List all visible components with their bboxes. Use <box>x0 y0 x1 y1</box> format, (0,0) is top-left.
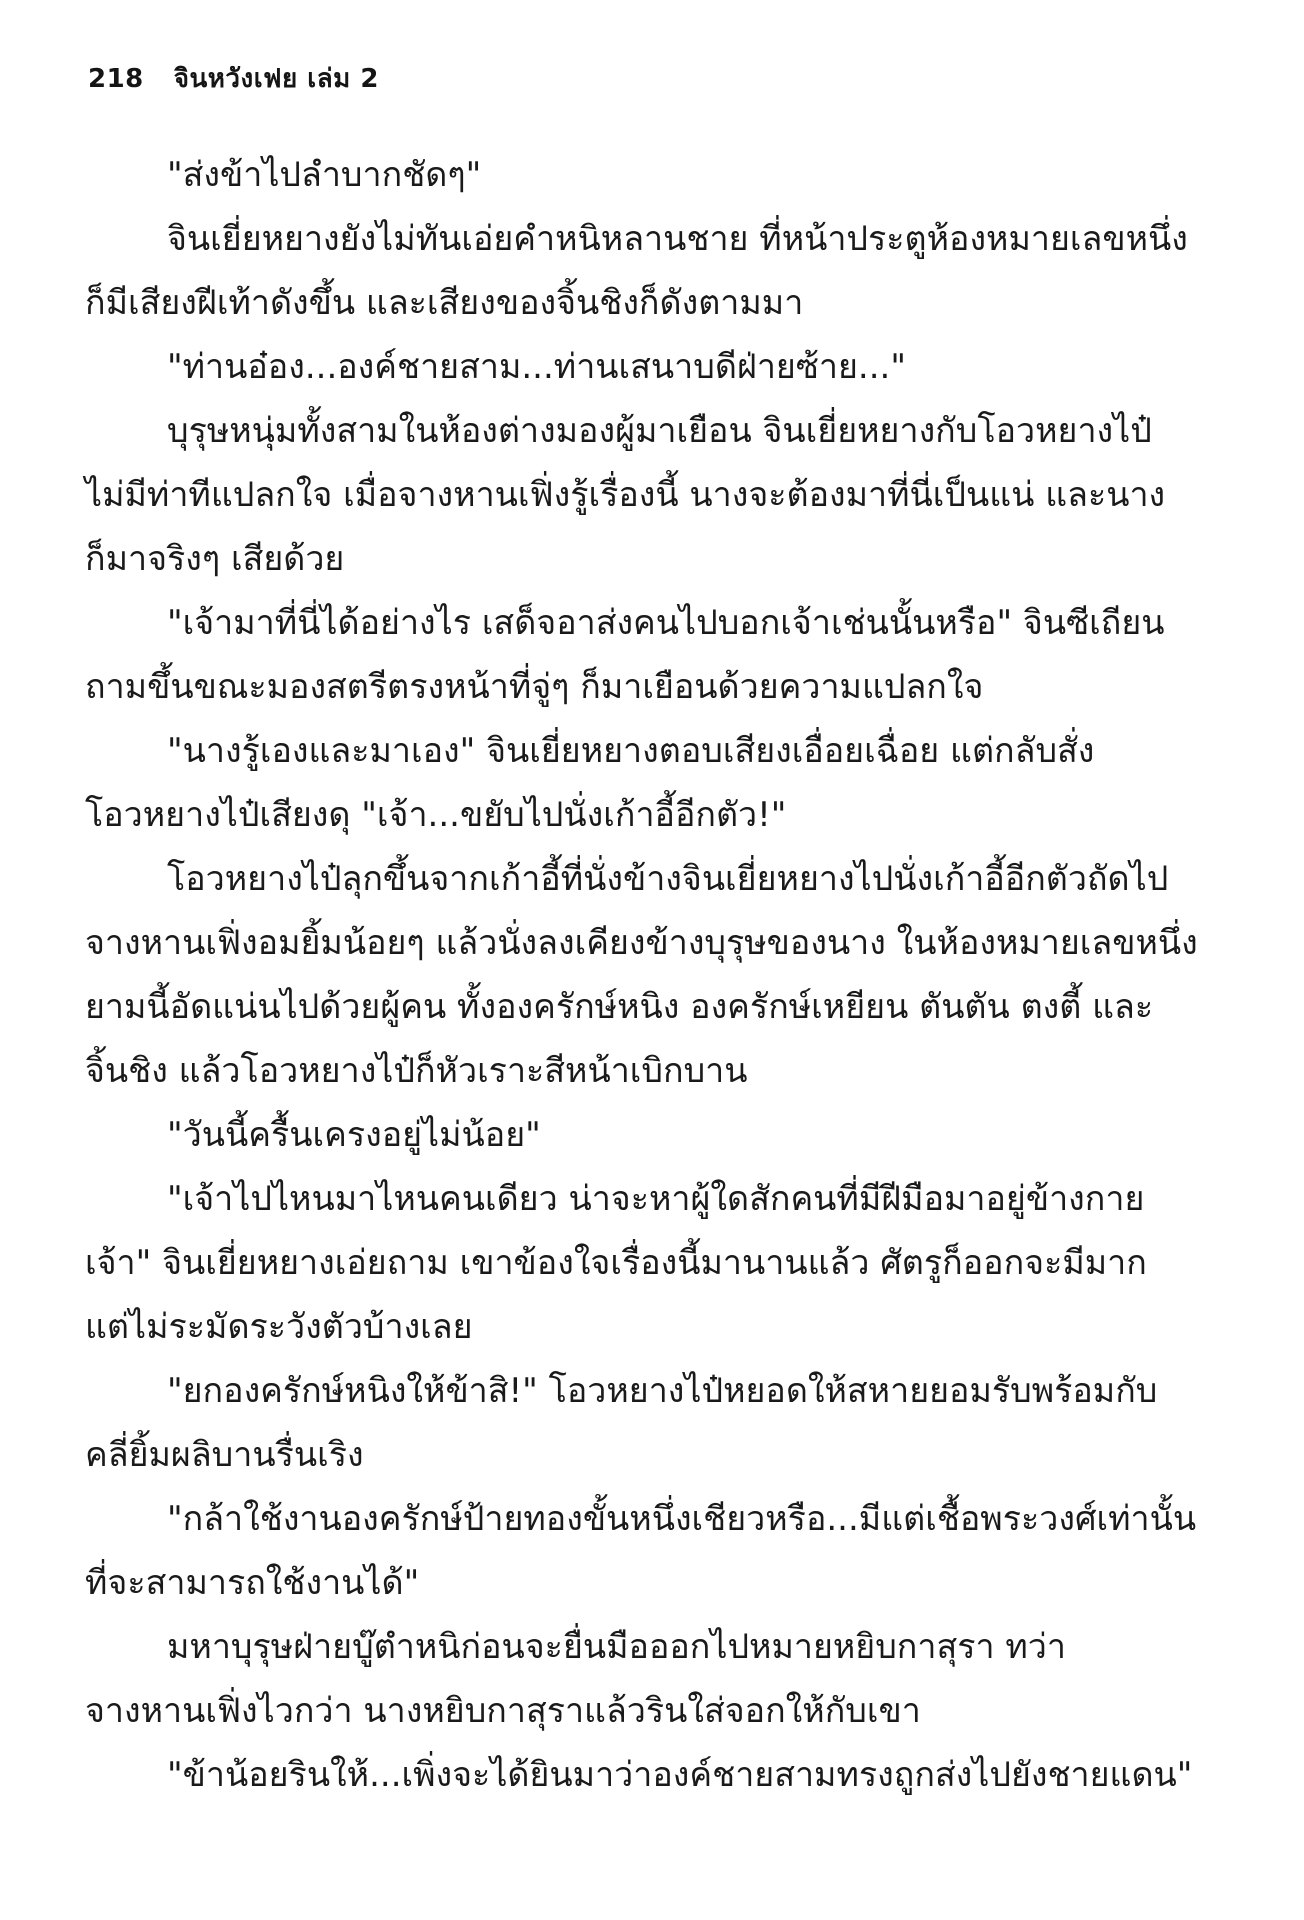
book-page: 218จินหวังเฟย เล่ม 2 "ส่งข้าไปลำบากชัดๆ"… <box>0 0 1304 1920</box>
page-number: 218 <box>88 64 144 94</box>
text-line: ถามขึ้นขณะมองสตรีตรงหน้าที่จู่ๆ ก็มาเยือ… <box>85 655 1237 719</box>
text-line: เจ้า" จินเยี่ยหยางเอ่ยถาม เขาข้องใจเรื่อ… <box>85 1231 1237 1295</box>
text-line: ก็มาจริงๆ เสียด้วย <box>85 527 1237 591</box>
text-line: "ท่านอ๋อง...องค์ชายสาม...ท่านเสนาบดีฝ่าย… <box>85 335 1237 399</box>
text-line: ที่จะสามารถใช้งานได้" <box>85 1551 1237 1615</box>
text-line: มหาบุรุษฝ่ายบู๊ตำหนิก่อนจะยื่นมือออกไปหม… <box>85 1615 1237 1679</box>
text-line: "วันนี้ครื้นเครงอยู่ไม่น้อย" <box>85 1103 1237 1167</box>
text-line: จิ้นชิง แล้วโอวหยางไป๋ก็หัวเราะสีหน้าเบิ… <box>85 1039 1237 1103</box>
text-line: บุรุษหนุ่มทั้งสามในห้องต่างมองผู้มาเยือน… <box>85 399 1237 463</box>
text-line: "เจ้าไปไหนมาไหนคนเดียว น่าจะหาผู้ใดสักคน… <box>85 1167 1237 1231</box>
text-line: คลี่ยิ้มผลิบานรื่นเริง <box>85 1423 1237 1487</box>
text-line: จินเยี่ยหยางยังไม่ทันเอ่ยคำหนิหลานชาย ที… <box>85 207 1237 271</box>
body-text: "ส่งข้าไปลำบากชัดๆ" จินเยี่ยหยางยังไม่ทั… <box>85 143 1237 1807</box>
text-line: ก็มีเสียงฝีเท้าดังขึ้น และเสียงของจิ้นชิ… <box>85 271 1237 335</box>
text-line: "เจ้ามาที่นี่ได้อย่างไร เสด็จอาส่งคนไปบอ… <box>85 591 1237 655</box>
text-line: โอวหยางไป๋ลุกขึ้นจากเก้าอี้ที่นั่งข้างจิ… <box>85 847 1237 911</box>
text-line: "ส่งข้าไปลำบากชัดๆ" <box>85 143 1237 207</box>
text-line: แต่ไม่ระมัดระวังตัวบ้างเลย <box>85 1295 1237 1359</box>
text-line: ไม่มีท่าทีแปลกใจ เมื่อจางหานเฟิ่งรู้เรื่… <box>85 463 1237 527</box>
text-line: ยามนี้อัดแน่นไปด้วยผู้คน ทั้งองครักษ์หนิ… <box>85 975 1237 1039</box>
book-title: จินหวังเฟย เล่ม 2 <box>174 64 379 94</box>
text-line: จางหานเฟิ่งไวกว่า นางหยิบกาสุราแล้วรินใส… <box>85 1679 1237 1743</box>
text-line: "ข้าน้อยรินให้...เพิ่งจะได้ยินมาว่าองค์ช… <box>85 1743 1237 1807</box>
text-line: จางหานเฟิ่งอมยิ้มน้อยๆ แล้วนั่งลงเคียงข้… <box>85 911 1237 975</box>
text-line: "นางรู้เองและมาเอง" จินเยี่ยหยางตอบเสียง… <box>85 719 1237 783</box>
text-line: โอวหยางไป๋เสียงดุ "เจ้า...ขยับไปนั่งเก้า… <box>85 783 1237 847</box>
text-line: "กล้าใช้งานองครักษ์ป้ายทองขั้นหนึ่งเชียว… <box>85 1487 1237 1551</box>
text-line: "ยกองครักษ์หนิงให้ข้าสิ!" โอวหยางไป๋หยอด… <box>85 1359 1237 1423</box>
page-header: 218จินหวังเฟย เล่ม 2 <box>88 58 379 99</box>
